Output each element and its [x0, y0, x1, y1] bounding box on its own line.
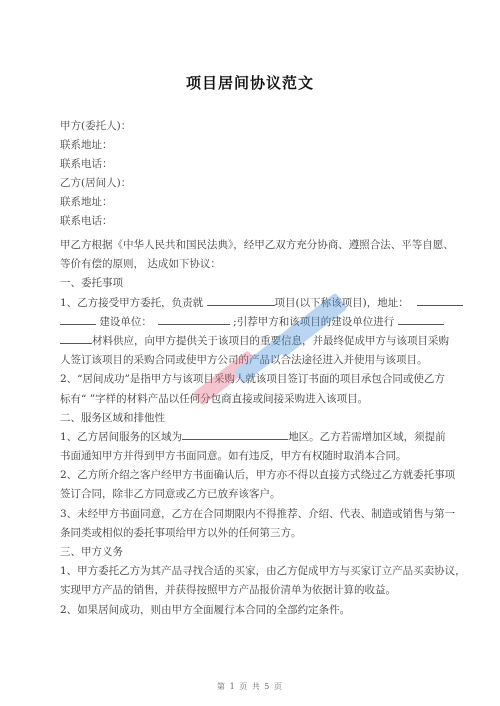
party-a-label: 甲方(委托人)： — [60, 117, 131, 136]
document-page: 项目居间协议范文 甲方(委托人)： 联系地址： 联系电话： 乙方(居间人)： 联… — [0, 0, 500, 706]
clause-text: ;引荐甲方和该项目的建设单位进行 — [230, 316, 398, 328]
clause-text: 1、乙方接受甲方委托，负责就 — [60, 297, 207, 309]
clause-line: 标有“ ”字样的材料产品以任何分包商直接或间接采购进入该项目。 — [60, 390, 444, 409]
intro-line: 甲乙方根据《中华人民共和国民法典》，经甲乙双方充分协商、遵照合法、平等自愿、 — [60, 236, 444, 255]
parties-block: 甲方(委托人)： 联系地址： 联系电话： 乙方(居间人)： 联系地址： 联系电话… — [60, 117, 131, 231]
clause-text: 材料供应，向甲方提供关于该项目的重要信息，并最终促成甲方与该项目采购 — [92, 335, 449, 347]
clause-line: 建设单位： ;引荐甲方和该项目的建设单位进行 — [60, 313, 444, 332]
blank-field-material[interactable] — [398, 313, 444, 325]
blank-field-region[interactable] — [182, 428, 288, 440]
blank-field-material-cont[interactable] — [60, 332, 92, 344]
clause-text: 1、乙方居间服务的区域为 — [60, 431, 182, 443]
clause-line: 人签订该项目的采购合同或使甲方公司的产品以合法途径进入并使用与该项目。 — [60, 351, 444, 370]
clause-line: 3、未经甲方书面同意，乙方在合同期限内不得推荐、介绍、代表、制造或销售与第一 — [60, 505, 444, 524]
clause-line: 实现甲方产品的销售，并获得按照甲方产品报价清单为依据计算的收益。 — [60, 581, 444, 600]
party-b-label: 乙方(居间人)： — [60, 174, 131, 193]
party-b-phone-label: 联系电话： — [60, 212, 131, 231]
clause-line: 材料供应，向甲方提供关于该项目的重要信息，并最终促成甲方与该项目采购 — [60, 332, 444, 351]
clause-line: 1、乙方接受甲方委托，负责就 项目(以下称该项目)，地址： — [60, 294, 444, 313]
clause-line: 2、“居间成功”是指甲方与该项目采购人就该项目签订书面的项目承包合同或使乙方 — [60, 370, 444, 389]
blank-field-project[interactable] — [207, 294, 275, 306]
clause-text: 项目(以下称该项目)，地址： — [275, 297, 409, 309]
clause-line: 2、如果居间成功，则由甲方全面履行本合同的全部约定条件。 — [60, 601, 444, 620]
party-a-address-label: 联系地址： — [60, 136, 131, 155]
clause-line: 1、乙方居间服务的区域为地区。乙方若需增加区域，须提前 — [60, 428, 444, 447]
clause-text: 地区。乙方若需增加区域，须提前 — [288, 431, 446, 443]
party-b-address-label: 联系地址： — [60, 193, 131, 212]
clause-text: 建设单位： — [96, 316, 152, 328]
clause-line: 2、乙方所介绍之客户经甲方书面确认后，甲方亦不得以直接方式绕过乙方就委托事项 — [60, 466, 444, 485]
clause-line: 书面通知甲方并得到甲方书面同意。如有违反，甲方有权随时取消本合同。 — [60, 447, 444, 466]
intro-line: 等价有偿的原则， 达成如下协议： — [60, 255, 444, 274]
party-a-phone-label: 联系电话： — [60, 155, 131, 174]
page-indicator: 第 1 页 共 5 页 — [0, 681, 500, 692]
section-heading: 三、甲方义务 — [60, 543, 444, 562]
agreement-body: 甲乙方根据《中华人民共和国民法典》，经甲乙双方充分协商、遵照合法、平等自愿、 等… — [60, 236, 444, 620]
document-title: 项目居间协议范文 — [0, 72, 500, 93]
clause-line: 条同类或相似的委托事项给甲方以外的任何第三方。 — [60, 524, 444, 543]
blank-field-builder[interactable] — [158, 313, 230, 325]
section-heading: 二、服务区域和排他性 — [60, 409, 444, 428]
clause-line: 1、甲方委托乙方为其产品寻找合适的买家，由乙方促成甲方与买家订立产品买卖协议， — [60, 562, 444, 581]
blank-field-address-cont[interactable] — [60, 313, 96, 325]
clause-line: 签订合同，除非乙方同意或乙方已放弃该客户。 — [60, 485, 444, 504]
section-heading: 一、委托事项 — [60, 274, 444, 293]
blank-field-address[interactable] — [417, 294, 463, 306]
